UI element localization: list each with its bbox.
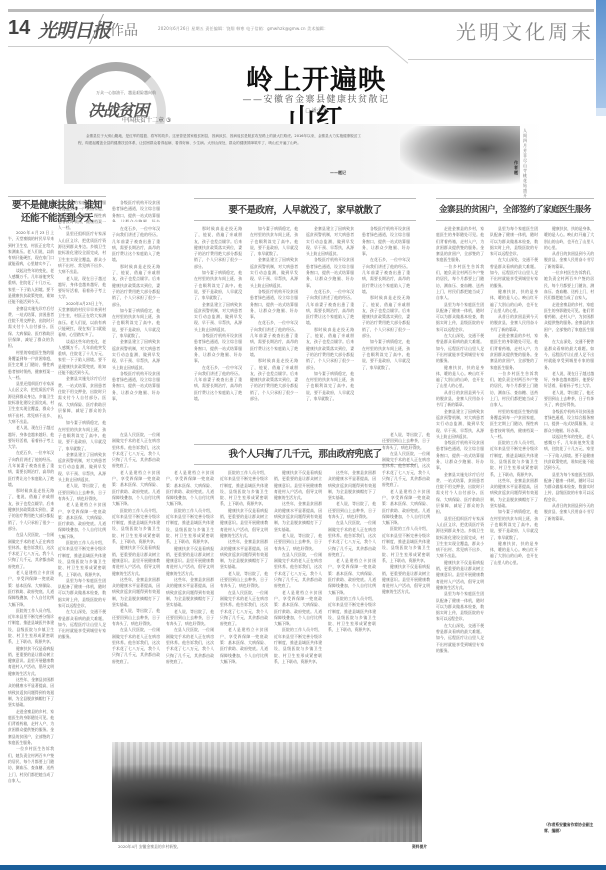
article-2-col-5: 各级医疗机构开设贫困患者绿色通道，设立综合服务窗口，提供一站式结算服务，让群众少… xyxy=(362,226,410,426)
feature-subtitle: ——安徽省金寨县健康扶贫散记 xyxy=(236,92,396,105)
rule xyxy=(436,198,594,199)
page-number: 14 xyxy=(8,17,30,40)
supplement-title: 光明文化周末 xyxy=(456,16,594,45)
top-rule xyxy=(8,9,594,12)
article-2-headline: 要不是政府，人早就没了，家早就散了 xyxy=(194,204,416,217)
series-subtitle: 中国扶贫十二章 ③ xyxy=(122,115,171,124)
poem-signature: 作者题 xyxy=(514,160,519,175)
article-3-col-2: 老人是建档立卡贫困户，享受四保障一兜底政策：基本医保、大病保险、医疗救助、政府兜… xyxy=(166,470,214,738)
article-2-col-0: 各级医疗机构开设贫困患者绿色通道，设立综合服务窗口，提供一站式结算服务，让群众少… xyxy=(112,200,160,222)
photo-caption: 2020年4月 安徽金寨县的乡村新貌。 xyxy=(118,844,181,850)
article-4-headline: 金寨县的贫困户，全部签约了家庭医生服务 xyxy=(436,204,594,217)
masthead-meta: 2020年6月26日 星期五 责任编辑：饶翔 韩寒 电子信箱：gmwhzk@gm… xyxy=(158,26,328,32)
bottom-bar xyxy=(0,865,606,870)
article-2-col-2: 那时候真是走投无路了，他说，借遍了亲戚朋友，孩子也差点辍学。后来健康扶贫政策落实… xyxy=(194,226,242,426)
newspaper-page: 14 光明日报 作品 2020年6月26日 星期五 责任编辑：饶翔 韩寒 电子信… xyxy=(0,0,596,860)
article-4-col-1: 走进金寨县的乡村，家庭医生的身影随处可见。他们背着药箱，走村入户，为贫困群众提供… xyxy=(436,226,484,858)
masthead: 14 光明日报 作品 2020年6月26日 星期五 责任编辑：饶翔 韩寒 电子信… xyxy=(8,14,594,46)
series-logo: 万众一心加油干，越是艰险越向前 决战贫困 中国扶贫十二章 ③ xyxy=(64,60,174,130)
article-4-col-2: 县里为每个家庭医生团队配备了健康一体机，随时可以为群众做基本检查，数据实时上传，… xyxy=(490,226,538,840)
article-2-col-1: 在花石乡，一位中年汉子向我们讲述了他的经历。几年前妻子被查出患了重病，需要长期治… xyxy=(112,226,160,426)
article-3-col-5: 这些年，金寨县贫困群众的健康水平显著提高，因病致贫返贫问题得到有效遏制，为全县脱… xyxy=(328,470,376,738)
rule xyxy=(8,196,106,197)
byline: □ 潘小平 xyxy=(236,107,396,114)
side-panel-tab-lower xyxy=(596,108,606,116)
photo-credit: 资料图片 xyxy=(412,844,427,850)
article-3-col-6: 老人说，等出院了，他还要回到山上去种茶，日子有奔头了，病也好得快。 在县人民医院… xyxy=(382,432,430,738)
series-slogan: 万众一心加油干，越是艰险越向前 xyxy=(96,90,156,96)
article-3-col-1: 在县人民医院，一位刚刚做完手术的老人正在病房里休养。他告诉我们，这次手术花了七八… xyxy=(112,432,160,738)
vertical-poem: 人间四月芳菲尽山寺桃花始盛开 xyxy=(523,128,528,198)
section-name: 作品 xyxy=(110,20,138,40)
article-2-col-4: 金寨县建立了因病致贫返贫预警机制，对大病患者实行动态监测，做到早发现、早干预、早… xyxy=(306,226,354,426)
author-note: （作者系安徽省作家协会副主席、编剧） xyxy=(544,822,594,834)
rule xyxy=(194,198,416,199)
rule xyxy=(194,220,416,221)
village-aerial-photo xyxy=(112,742,422,842)
masthead-underline-right xyxy=(408,59,594,60)
side-panel-tab[interactable] xyxy=(596,0,606,108)
rule xyxy=(436,220,594,221)
article-2-col-3: 如今妻子病情稳定，他在村里的扶贫车间上班，孩子也顺利读完了高中。他说，要不是政府… xyxy=(250,226,298,426)
intro-text: 金寨县位于大别山腹地，是红军的摇篮、将军的故乡。这里曾是国家级贫困县，因病致贫、… xyxy=(78,133,368,147)
article-3-col-4: 健康扶贫不仅是看病报销，更重要的是让群众树立健康意识。县里开展健康教育进村入户活… xyxy=(274,470,322,738)
article-1-col-2: 村里的家庭医生签约服务覆盖到每一户贫困家庭，医生定期上门随访，慢性病患者按时领药… xyxy=(58,200,106,840)
masthead-underline xyxy=(8,46,388,47)
article-1-col-1: 2020年4月23日上午，天堂寨镇的村民早早来到村卫生室，村医正在给大家测血压。… xyxy=(8,230,54,858)
article-4-col-3: 健康扶贫，扶的是身体，暖的是人心。映山红开遍了大别山的山岭，也开在了山里人的心里… xyxy=(544,226,594,820)
article-3-col-3: 医院的工作人员介绍，近年来县里不断完善分级诊疗制度，推进县域医共体建设，县级医院… xyxy=(220,470,268,738)
intro-signature: ——题记 xyxy=(330,170,346,176)
ink-painting-image xyxy=(400,126,520,184)
